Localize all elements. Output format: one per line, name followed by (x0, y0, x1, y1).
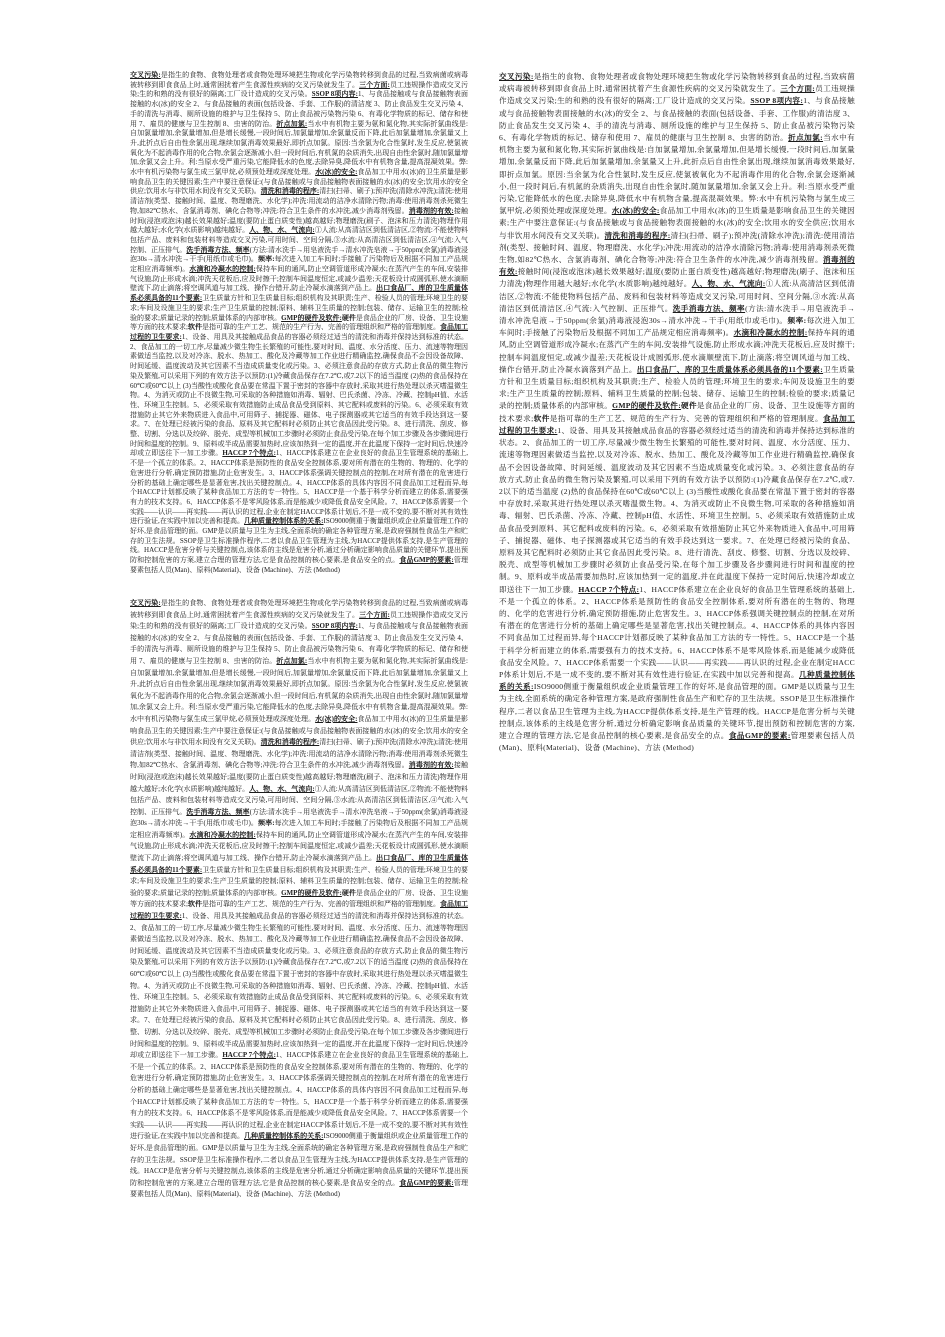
inline-heading: 三个方面: (780, 84, 815, 93)
inline-heading: 硬件 (681, 401, 697, 410)
inline-heading: 人、物、水、气流向: (692, 279, 766, 288)
body-text: 当水中有机物主要为氨和氮化物,其实际折氯曲线是:自加氯量增加,余氯量增加,但是增… (130, 657, 468, 723)
inline-heading: GMP的硬件及软件: (612, 401, 681, 410)
inline-heading: 水滴和冷凝水的控制: (189, 831, 255, 839)
body-text: 1、设备、用具及其接触成品食品的容器必须经过适当的清洗和消毒并保持达到标准的状态… (499, 426, 855, 594)
inline-heading: GMP的硬件及软件: (281, 889, 342, 897)
inline-heading: 清洗和消毒的程序: (261, 738, 320, 746)
inline-heading: HACCP 7个特点: (578, 585, 639, 594)
body-text: 1、设备、用具及其接触成品食品的容器必须经过适当的清洗和消毒并保持达到标准的状态… (130, 912, 468, 1059)
notes-block-top-right: 交叉污染:是指生的食物、食物处理者或食物处理环境把生物或化学污染物转移到食品的过… (499, 71, 855, 754)
inline-heading: 清洗和消毒的程序: (261, 187, 320, 195)
inline-heading: 水(冰)的安全: (315, 168, 357, 176)
inline-heading: 消毒剂的有效: (409, 207, 454, 215)
body-text: 1、设备、用具及其接触成品食品的容器必须经过适当的清洗和消毒并保持达到标准的状态… (130, 333, 468, 457)
inline-heading: 软件 (188, 323, 202, 331)
notes-block-bottom-left: 交叉污染:是指生的食物、食物处理者或食物处理环境把生物或化学污染物转移到食品的过… (130, 598, 468, 1201)
inline-heading: SSOP 8项内容: (750, 96, 803, 105)
inline-heading: 洗手消毒方法、频率 (186, 246, 249, 254)
inline-heading: 频率: (258, 255, 275, 263)
inline-heading: SSOP 8项内容: (312, 622, 358, 630)
inline-heading: 食品GMP的要素: (729, 731, 791, 740)
body-text: 1、HACCP体系建立在企业良好的食品卫生管理系统的基础上,不是一个孤立的体系。… (130, 1051, 468, 1140)
inline-heading: 几种质量控制体系的关系: (244, 517, 323, 525)
body-text: 1、HACCP体系建立在企业良好的食品卫生管理系统的基础上,不是一个孤立的体系。… (130, 449, 468, 525)
body-text: 当水中有机物主要为氨和氮化物,其实际折氯曲线是:自加氯量增加,余氯量增加,但是增… (499, 133, 855, 215)
inline-heading: 频率: (258, 819, 275, 827)
inline-heading: 水(冰)的安全: (612, 206, 660, 215)
inline-heading: 食品GMP的要素: (399, 556, 453, 564)
inline-heading: 洗手消毒方法、频率 (186, 808, 249, 816)
inline-heading: 几种质量控制体系的关系: (244, 1132, 323, 1140)
body-text: 是指可靠的生产工艺、规范的生产行为、完善的管理组织和严格的管理制度。 (202, 323, 440, 331)
inline-heading: 三个方面: (359, 611, 390, 619)
inline-heading: 人、物、水、气流向: (249, 785, 315, 793)
inline-heading: 水滴和冷凝水的控制: (734, 328, 808, 337)
body-text: 是指可靠的生产工艺、规范的生产行为、完善的管理组织和严格的管理制度。 (202, 900, 440, 908)
document-page: 交叉污染:是指生的食物、食物处理者或食物处理环境把生物或化学污染物转移到食品的过… (0, 0, 945, 1337)
notes-block-top-left: 交叉污染:是指生的食物、食物处理者或食物处理环境把生物或化学污染物转移到食品的过… (130, 71, 468, 576)
inline-heading: 频率: (788, 316, 807, 325)
inline-heading: HACCP 7个特点: (222, 1051, 276, 1059)
inline-heading: 软件 (534, 414, 550, 423)
inline-heading: 水滴和冷凝水的控制: (189, 265, 255, 273)
inline-heading: 三个方面: (359, 81, 390, 89)
inline-heading: 出口食品厂、库的卫生质量体系必须具备的11个要素: (637, 365, 823, 374)
inline-heading: 清洗和消毒的程序: (605, 231, 671, 240)
body-text: 是指可靠的生产工艺、规范的生产行为、完善的管理组织和严格的管理制度。 (550, 414, 823, 423)
inline-heading: HACCP 7个特点: (222, 449, 276, 457)
inline-heading: 洗手消毒方法、频率 (673, 304, 745, 313)
inline-heading: SSOP 8项内容: (312, 90, 358, 98)
inline-heading: 交叉污染: (130, 71, 161, 79)
inline-heading: 交叉污染: (499, 72, 534, 81)
inline-heading: 消毒剂的有效: (409, 761, 454, 769)
inline-heading: 食品GMP的要素: (399, 1179, 453, 1187)
inline-heading: 硬件 (342, 889, 356, 897)
inline-heading: 人、物、水、气流向: (249, 226, 315, 234)
inline-heading: 折点加氯: (276, 657, 307, 665)
inline-heading: 折点加氯: (788, 133, 823, 142)
inline-heading: 水(冰)的安全: (315, 715, 357, 723)
inline-heading: 折点加氯: (276, 120, 307, 128)
inline-heading: 软件 (188, 900, 202, 908)
inline-heading: 硬件 (342, 314, 356, 322)
inline-heading: GMP的硬件及软件: (281, 314, 342, 322)
inline-heading: 交叉污染: (130, 599, 161, 607)
body-text: 1、HACCP体系建立在企业良好的食品卫生管理系统的基础上,不是一个孤立的体系。… (499, 585, 855, 679)
